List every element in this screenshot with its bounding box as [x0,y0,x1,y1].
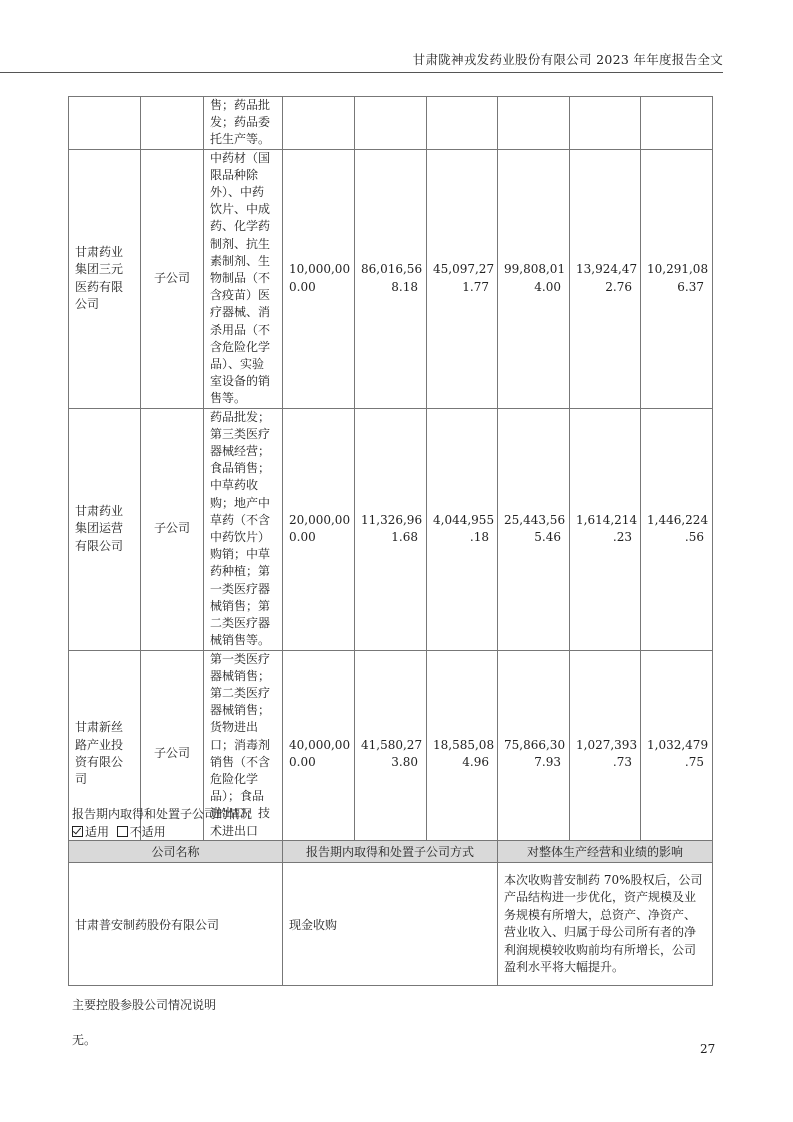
operating-revenue: 99,808,014.00 [498,149,570,408]
operating-profit: 1,614,214.23 [570,408,641,650]
registered-capital: 40,000,000.00 [283,650,355,857]
net-assets [427,97,498,150]
acquisition-method: 现金收购 [283,863,498,986]
net-assets: 4,044,955.18 [427,408,498,650]
subsidiary-name: 甘肃药业集团运营有限公司 [69,408,141,650]
total-assets [355,97,427,150]
not-applicable-checkbox[interactable] [117,826,128,837]
company-type: 子公司 [141,408,204,650]
applicable-checkbox[interactable] [72,826,83,837]
net-profit: 10,291,086.37 [641,149,713,408]
operating-revenue: 25,443,565.46 [498,408,570,650]
subsidiaries-table: 售；药品批发；药品委托生产等。甘肃药业集团三元医药有限公司子公司中药材（国限品种… [68,96,713,858]
acquisition-table: 公司名称 报告期内取得和处置子公司方式 对整体生产经营和业绩的影响 甘肃普安制药… [68,840,713,986]
applicability-options: 适用 不适用 [72,823,166,840]
header-divider [0,72,723,73]
header-acquisition-method: 报告期内取得和处置子公司方式 [283,841,498,863]
header-impact: 对整体生产经营和业绩的影响 [498,841,713,863]
table-row: 甘肃普安制药股份有限公司 现金收购 本次收购普安制药 70%股权后，公司产品结构… [69,863,713,986]
holding-section-content: 无。 [72,1031,96,1048]
company-type: 子公司 [141,149,204,408]
net-profit: 1,032,479.75 [641,650,713,857]
page-number: 27 [700,1042,715,1056]
table-row: 甘肃药业集团运营有限公司子公司药品批发；第三类医疗器械经营；食品销售；中草药收购… [69,408,713,650]
operating-profit: 1,027,393.73 [570,650,641,857]
header-company-name: 公司名称 [69,841,283,863]
net-profit [641,97,713,150]
operating-revenue [498,97,570,150]
total-assets: 41,580,273.80 [355,650,427,857]
operating-revenue: 75,866,307.93 [498,650,570,857]
acquisition-section-title: 报告期内取得和处置子公司的情况 [72,805,252,822]
registered-capital: 20,000,000.00 [283,408,355,650]
subsidiary-name: 甘肃药业集团三元医药有限公司 [69,149,141,408]
registered-capital [283,97,355,150]
holding-section-title: 主要控股参股公司情况说明 [72,996,216,1013]
acquired-company-name: 甘肃普安制药股份有限公司 [69,863,283,986]
acquisition-impact: 本次收购普安制药 70%股权后，公司产品结构进一步优化，资产规模及业务规模有所增… [498,863,713,986]
company-type [141,97,204,150]
net-assets: 45,097,271.77 [427,149,498,408]
total-assets: 11,326,961.68 [355,408,427,650]
operating-profit: 13,924,472.76 [570,149,641,408]
table-row: 甘肃药业集团三元医药有限公司子公司中药材（国限品种除外）、中药饮片、中成药、化学… [69,149,713,408]
report-header-title: 甘肃陇神戎发药业股份有限公司 2023 年年度报告全文 [413,50,723,68]
main-business: 中药材（国限品种除外）、中药饮片、中成药、化学药制剂、抗生素制剂、生物制品（不含… [204,149,283,408]
operating-profit [570,97,641,150]
acquisition-table-header: 公司名称 报告期内取得和处置子公司方式 对整体生产经营和业绩的影响 [69,841,713,863]
applicable-label: 适用 [85,825,109,839]
main-business: 药品批发；第三类医疗器械经营；食品销售；中草药收购；地产中草药（不含中药饮片）购… [204,408,283,650]
main-business: 售；药品批发；药品委托生产等。 [204,97,283,150]
net-profit: 1,446,224.56 [641,408,713,650]
net-assets: 18,585,084.96 [427,650,498,857]
registered-capital: 10,000,000.00 [283,149,355,408]
subsidiary-name [69,97,141,150]
main-business: 第一类医疗器械销售；第二类医疗器械销售；货物进出口；消毒剂销售（不含危险化学品）… [204,650,283,857]
table-row: 售；药品批发；药品委托生产等。 [69,97,713,150]
total-assets: 86,016,568.18 [355,149,427,408]
not-applicable-label: 不适用 [130,825,166,839]
